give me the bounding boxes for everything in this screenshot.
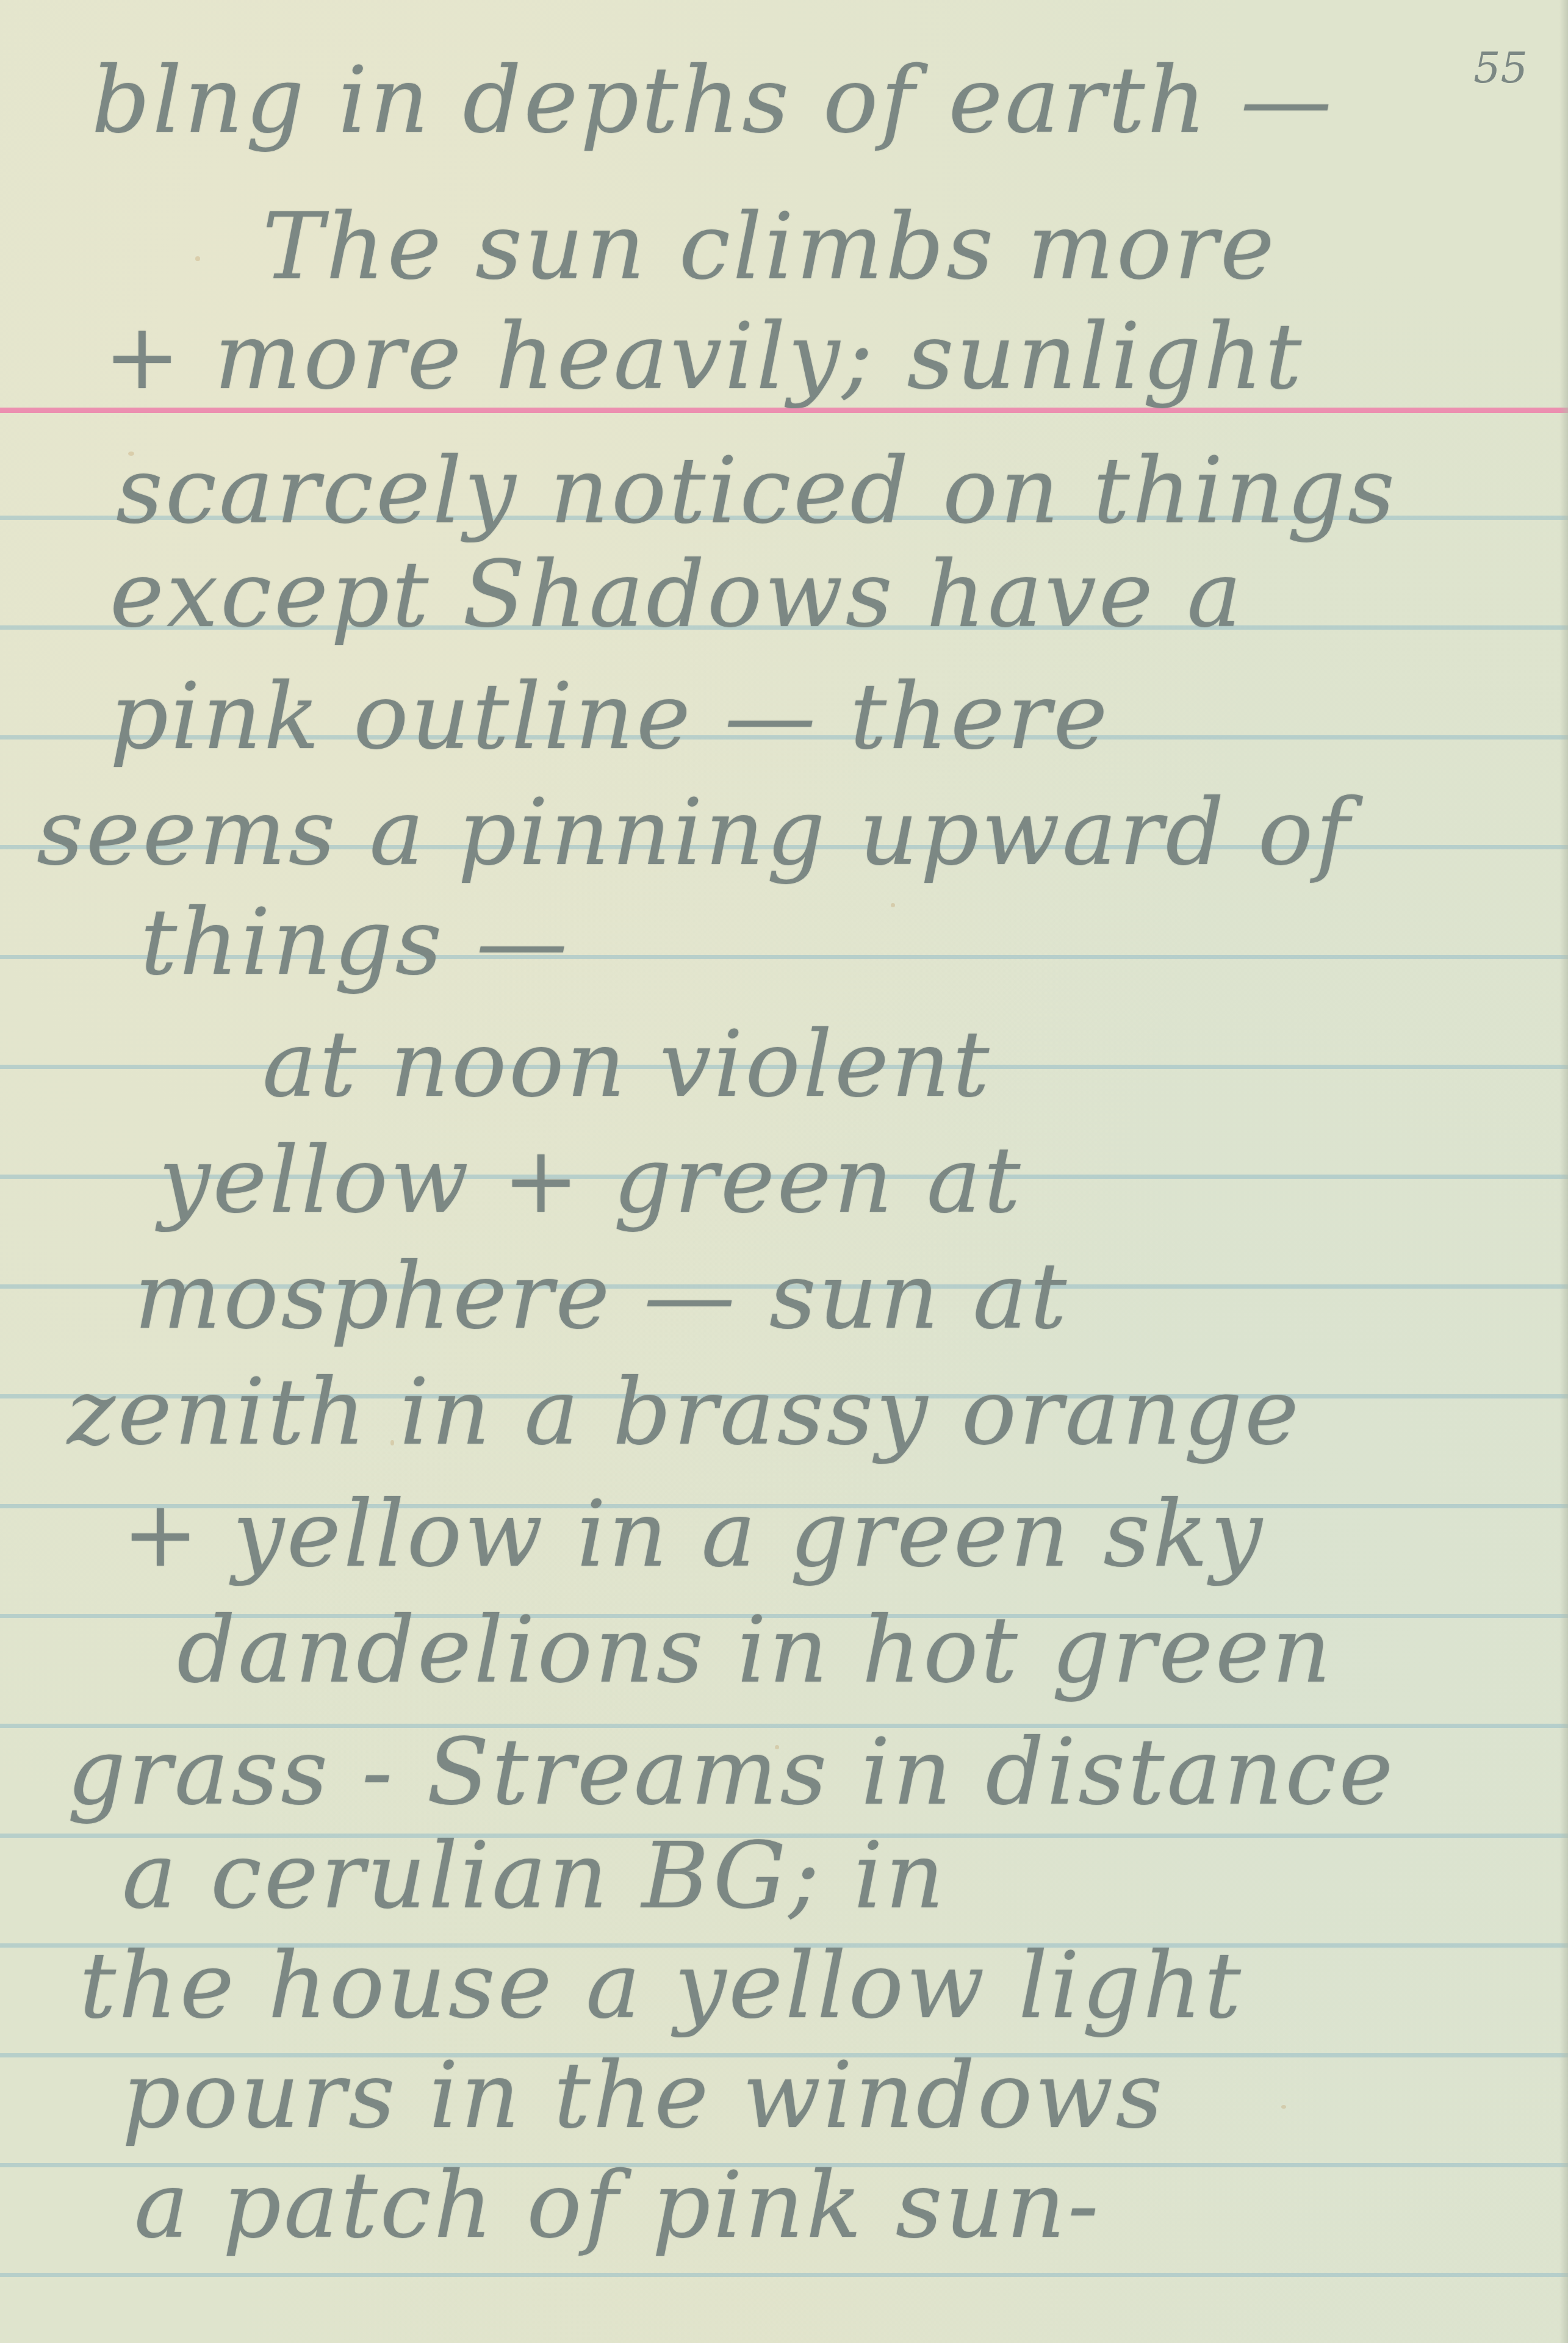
handwritten-line: + yellow in a green sky [122,1489,1265,1580]
handwritten-line: the house a yellow light [79,1940,1243,2032]
handwritten-line: mosphere — sun at [134,1251,1069,1342]
notebook-page: 55 blng in depths of earth — The sun cli… [0,0,1568,2343]
handwritten-line: pours in the windows [122,2050,1165,2142]
handwritten-line: seems a pinning upward of [37,787,1352,879]
handwritten-line: + more heavily; sunlight [104,311,1304,403]
page-number: 55 [1473,43,1528,93]
blue-rule [0,2273,1568,2277]
handwritten-line: dandelions in hot green [177,1605,1333,1696]
handwritten-line: grass - Streams in distance [67,1727,1395,1818]
paper-speck [891,903,895,907]
handwritten-line: at noon violent [262,1019,992,1110]
handwritten-line: blng in depths of earth — [92,55,1334,146]
handwritten-line: The sun climbs more [262,201,1277,293]
handwritten-line: a cerulian BG; in [122,1830,947,1922]
handwritten-line: yellow + green at [159,1135,1023,1226]
handwritten-line: zenith in a brassy orange [67,1367,1301,1458]
paper-speck [1281,2105,1286,2109]
handwritten-line: scarcely noticed on things [116,445,1397,537]
handwritten-line: things — [140,897,570,988]
handwritten-line: except Shadows have a [110,549,1244,641]
paper-speck [195,256,200,261]
page-edge-shadow [1559,0,1568,2343]
handwritten-line: a patch of pink sun- [134,2160,1101,2251]
handwritten-line: pink outline — there [110,671,1110,763]
